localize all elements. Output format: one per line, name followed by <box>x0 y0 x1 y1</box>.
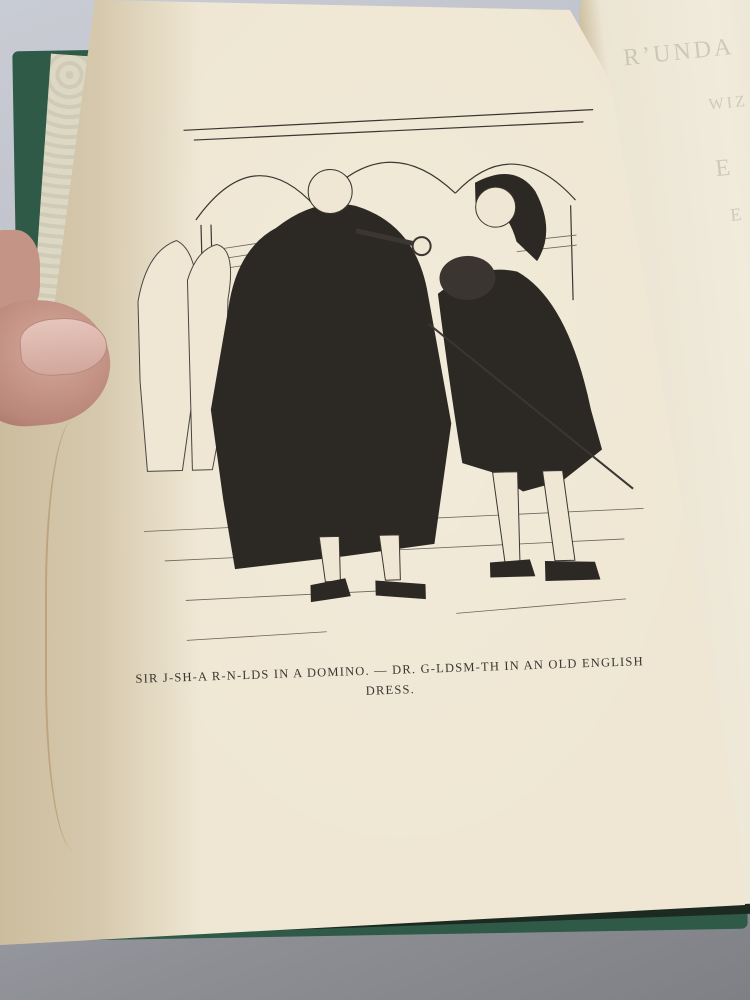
facing-page-text: E <box>729 204 745 226</box>
water-stain <box>45 420 117 850</box>
facing-page-text: E <box>714 155 734 184</box>
facing-page-text: WIZ <box>708 93 749 115</box>
engraving-illustration <box>113 88 667 662</box>
facing-page-text: R’UNDA <box>622 34 736 72</box>
engraving-art <box>113 88 667 662</box>
